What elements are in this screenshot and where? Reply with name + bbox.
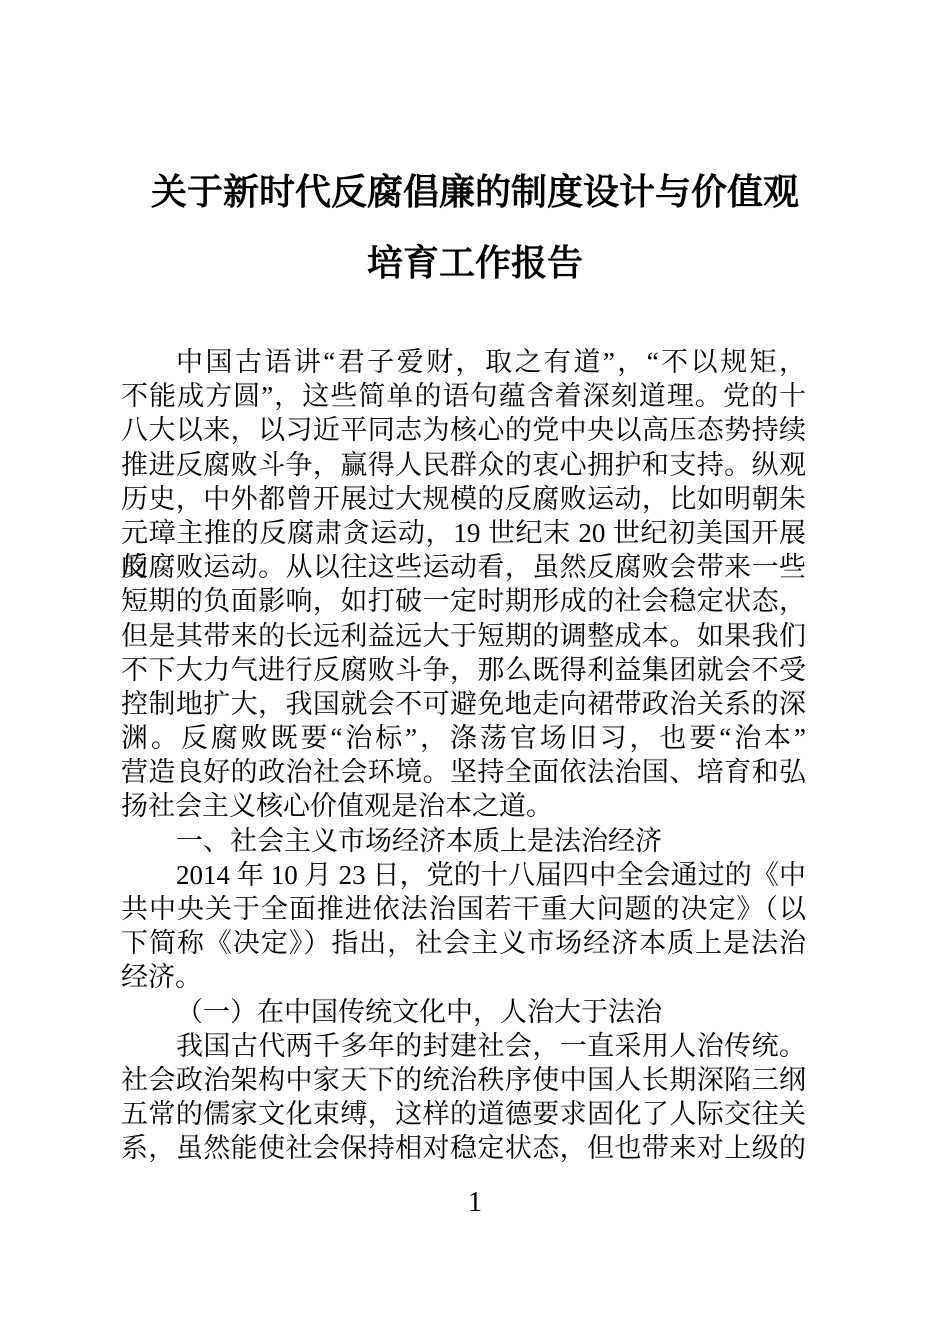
document-page: 关于新时代反腐倡廉的制度设计与价值观 培育工作报告 中国古语讲“君子爱财，取之有… — [0, 0, 950, 1344]
body-text-line: 经济。 — [121, 960, 806, 994]
section-heading: 一、社会主义市场经济本质上是法治经济 — [121, 824, 806, 858]
body-text-line: 推进反腐败斗争，赢得人民群众的衷心拥护和支持。纵观 — [121, 448, 806, 482]
body-text-line: 社会政治架构中家天下的统治秩序使中国人长期深陷三纲 — [121, 1063, 806, 1097]
body-text-line: 控制地扩大，我国就会不可避免地走向裙带政治关系的深 — [121, 687, 806, 721]
body-text-line: 元璋主推的反腐肃贪运动，19 世纪末 20 世纪初美国开展的 — [121, 516, 806, 550]
body-text-line: 五常的儒家文化束缚，这样的道德要求固化了人际交往关 — [121, 1097, 806, 1131]
document-title-line-1: 关于新时代反腐倡廉的制度设计与价值观 — [0, 172, 950, 213]
body-text-line: 2014 年 10 月 23 日，党的十八届四中全会通过的《中 — [121, 858, 806, 892]
body-text-line: 短期的负面影响，如打破一定时期形成的社会稳定状态， — [121, 584, 806, 618]
body-text-line: 反腐败运动。从以往这些运动看，虽然反腐败会带来一些 — [121, 550, 806, 584]
body-text-line: 但是其带来的长远利益远大于短期的调整成本。如果我们 — [121, 619, 806, 653]
body-text-line: 系，虽然能使社会保持相对稳定状态，但也带来对上级的 — [121, 1131, 806, 1165]
body-text-line: 我国古代两千多年的封建社会，一直采用人治传统。 — [121, 1029, 806, 1063]
body-text-line: 历史，中外都曾开展过大规模的反腐败运动，比如明朝朱 — [121, 482, 806, 516]
body-text-line: 营造良好的政治社会环境。坚持全面依法治国、培育和弘 — [121, 755, 806, 789]
body-text-line: 渊。反腐败既要“治标”，涤荡官场旧习，也要“治本” — [121, 721, 806, 755]
body-text-line: 八大以来，以习近平同志为核心的党中央以高压态势持续 — [121, 413, 806, 447]
subsection-heading: （一）在中国传统文化中，人治大于法治 — [121, 995, 806, 1029]
body-text-line: 下简称《决定》）指出，社会主义市场经济本质上是法治 — [121, 926, 806, 960]
page-number: 1 — [0, 1186, 950, 1220]
body-text-line: 不下大力气进行反腐败斗争，那么既得利益集团就会不受 — [121, 653, 806, 687]
document-title-line-2: 培育工作报告 — [0, 243, 950, 284]
body-text-line: 不能成方圆”，这些简单的语句蕴含着深刻道理。党的十 — [121, 379, 806, 413]
document-body: 中国古语讲“君子爱财，取之有道”，“不以规矩， 不能成方圆”，这些简单的语句蕴含… — [121, 345, 806, 1166]
body-text-line: 共中央关于全面推进依法治国若干重大问题的决定》（以 — [121, 892, 806, 926]
body-text-line: 扬社会主义核心价值观是治本之道。 — [121, 789, 806, 823]
body-text-line: 中国古语讲“君子爱财，取之有道”，“不以规矩， — [121, 345, 806, 379]
